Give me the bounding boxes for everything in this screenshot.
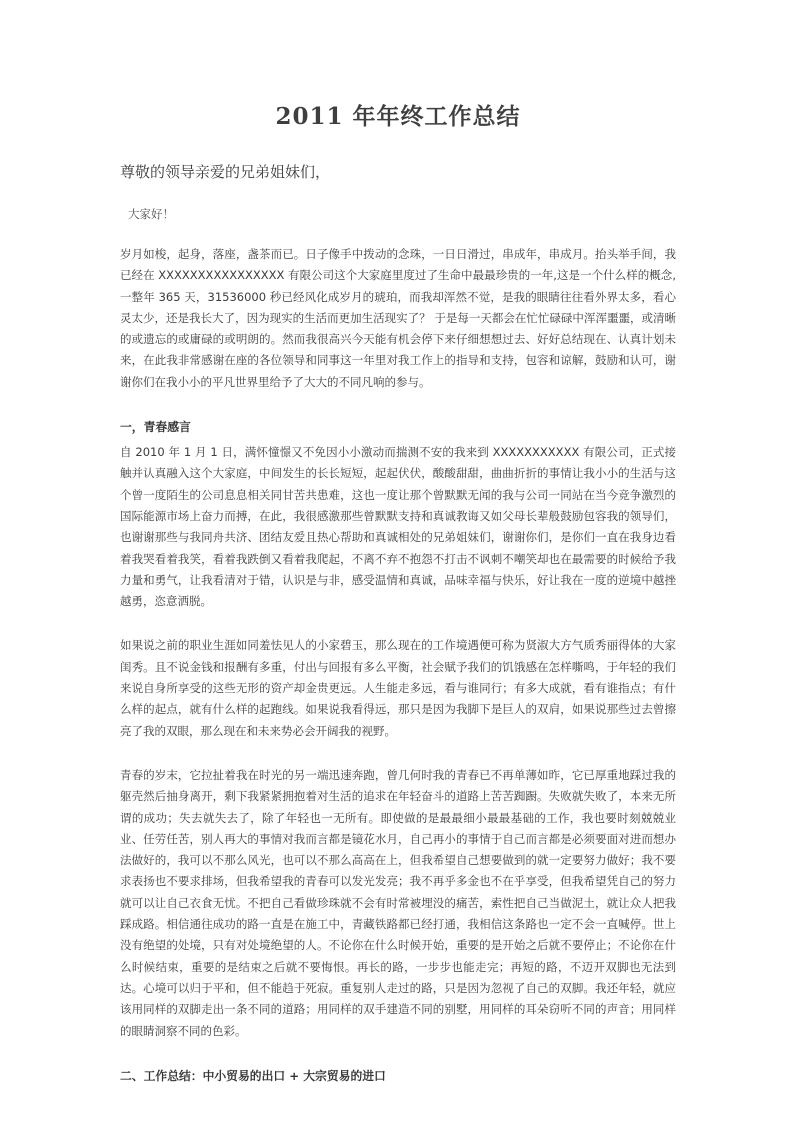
salutation-line: 大家好！	[120, 207, 676, 221]
document-page: 2011 年年终工作总结 尊敬的领导亲爱的兄弟姐妹们， 大家好！ 岁月如梭，起身…	[0, 0, 794, 1123]
greeting-line: 尊敬的领导亲爱的兄弟姐妹们，	[120, 162, 676, 182]
section-1-paragraph-2: 如果说之前的职业生涯如同羞怯见人的小家碧玉，那么现在的工作境遇便可称为贤淑大方气…	[120, 635, 676, 741]
intro-paragraph: 岁月如梭，起身，落座，盏茶而已。日子像手中拨动的念珠，一日日滑过，串成年，串成月…	[120, 244, 676, 393]
section-1-paragraph-3: 青春的岁末，它拉扯着我在时光的另一端迅速奔跑，曾几何时我的青春已不再单薄如昨，它…	[120, 765, 676, 1042]
section-heading-youth-reflection: 一，青春感言	[120, 420, 676, 435]
page-title: 2011 年年终工作总结	[120, 103, 676, 131]
section-heading-work-summary: 二、工作总结：中小贸易的出口 + 大宗贸易的进口	[120, 1069, 676, 1084]
section-1-paragraph-1: 自 2010 年 1 月 1 日，满怀憧憬又不免因小小激动而揣测不安的我来到 X…	[120, 442, 676, 612]
